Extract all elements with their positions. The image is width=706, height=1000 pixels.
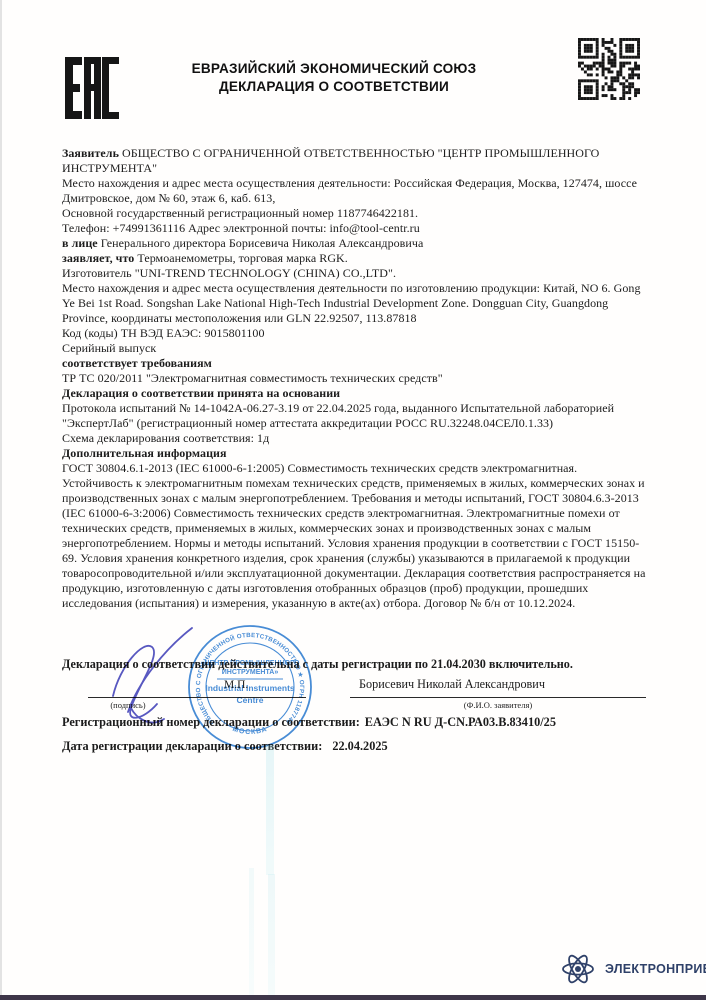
document-title: ЕВРАЗИЙСКИЙ ЭКОНОМИЧЕСКИЙ СОЮЗ ДЕКЛАРАЦИ…	[164, 60, 504, 95]
scan-streak	[249, 868, 254, 995]
stamp-center-line1: «ЦЕНТР ПРОМЫШЛЕННОГО	[201, 660, 300, 667]
registration-number-value: ЕАЭС N RU Д-CN.РА03.В.83410/25	[365, 715, 556, 729]
title-line-2: ДЕКЛАРАЦИЯ О СООТВЕТСТВИИ	[164, 78, 504, 96]
stamp-center-line3: Industrial Instruments	[205, 683, 295, 693]
qr-code-icon	[578, 38, 640, 100]
registration-date-line: Дата регистрации декларации о соответств…	[62, 739, 662, 754]
paragraph: Дополнительная информация	[62, 446, 651, 461]
stamp-center-line4: Centre	[237, 695, 264, 705]
scan-bottom-edge	[0, 995, 706, 1000]
declaration-document: ЕВРАЗИЙСКИЙ ЭКОНОМИЧЕСКИЙ СОЮЗ ДЕКЛАРАЦИ…	[0, 0, 706, 1000]
paragraph: Изготовитель "UNI-TREND TECHNOLOGY (CHIN…	[62, 266, 651, 281]
stamp-center-line2: ИНСТРУМЕНТА»	[222, 669, 279, 676]
brand-watermark: ЭЛЕКТРОНПРИБОР	[558, 949, 706, 989]
name-line	[350, 697, 646, 698]
applicant-name: Борисевич Николай Александрович	[352, 677, 552, 692]
paragraph: Место нахождения и адрес места осуществл…	[62, 176, 651, 206]
scan-streak	[268, 874, 275, 995]
name-caption: (Ф.И.О. заявителя)	[350, 700, 646, 710]
brand-name: ЭЛЕКТРОНПРИБОР	[605, 962, 706, 976]
paragraph: Код (коды) ТН ВЭД ЕАЭС: 9015801100	[62, 326, 651, 341]
paragraph: Заявитель ОБЩЕСТВО С ОГРАНИЧЕННОЙ ОТВЕТС…	[62, 146, 651, 176]
eac-mark-icon	[65, 57, 119, 119]
paragraph: ГОСТ 30804.6.1-2013 (IEC 61000-6-1:2005)…	[62, 461, 651, 611]
paragraph: Декларация о соответствии принята на осн…	[62, 386, 651, 401]
paragraph: ТР ТС 020/2011 "Электромагнитная совмест…	[62, 371, 651, 386]
document-body: Заявитель ОБЩЕСТВО С ОГРАНИЧЕННОЙ ОТВЕТС…	[62, 146, 651, 611]
paragraph: Протокола испытаний № 14-1042А-06.27-3.1…	[62, 401, 651, 431]
company-stamp-seal: ОБЩЕСТВО С ОГРАНИЧЕННОЙ ОТВЕТСТВЕННОСТЬЮ…	[185, 622, 315, 752]
paragraph: Серийный выпуск	[62, 341, 651, 356]
paragraph: Место нахождения и адрес места осуществл…	[62, 281, 651, 326]
title-line-1: ЕВРАЗИЙСКИЙ ЭКОНОМИЧЕСКИЙ СОЮЗ	[164, 60, 504, 78]
scan-streak	[266, 745, 274, 875]
paragraph: соответствует требованиям	[62, 356, 651, 371]
paragraph: Схема декларирования соответствия: 1д	[62, 431, 651, 446]
paragraph: в лице Генерального директора Борисевича…	[62, 236, 651, 251]
scan-left-edge	[0, 0, 2, 1000]
atom-icon	[558, 949, 598, 989]
registration-date-value: 22.04.2025	[332, 739, 387, 753]
paragraph: Основной государственный регистрационный…	[62, 206, 651, 221]
paragraph: заявляет, что Термоанемометры, торговая …	[62, 251, 651, 266]
paragraph: Телефон: +74991361116 Адрес электронной …	[62, 221, 651, 236]
